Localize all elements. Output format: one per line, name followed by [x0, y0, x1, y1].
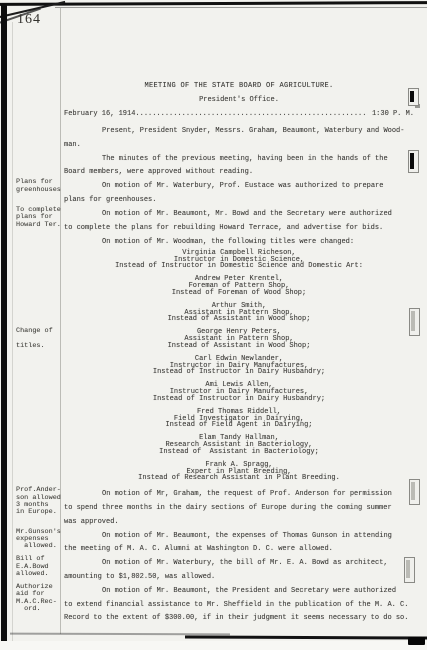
scan-bottom-strip — [0, 641, 427, 650]
title-change-entry: Arthur Smith,Assistant in Pattern Shop,I… — [64, 303, 414, 323]
scan-bottom-edge-dark — [185, 635, 427, 639]
text-line: Instead of Field Agent in Dairying; — [64, 422, 414, 429]
text-line: On motion of Mr. Waterbury, Prof. Eustac… — [64, 180, 414, 194]
date-text: February 16, 1914. — [64, 107, 140, 121]
margin-note: Mr.Gunson'sexpenses allowed. — [16, 529, 63, 551]
title-change-entry: Change of titles.George Henry Peters,Ass… — [64, 329, 414, 349]
margin-note: To completeplans forHoward Ter. — [16, 207, 63, 229]
text-line: plans for greenhouses. — [64, 194, 414, 208]
text-line: On motion of Mr. Woodman, the following … — [64, 236, 414, 250]
minute-paragraph: Plans forgreenhousesOn motion of Mr. Wat… — [64, 180, 414, 207]
title-change-entry: Andrew Peter Krentel,Foreman of Pattern … — [64, 276, 414, 296]
minute-paragraph: Mr.Gunson'sexpenses allowed.On motion of… — [64, 530, 414, 557]
text-line: Instead of Instructor in Domestic Scienc… — [64, 263, 414, 270]
text-line: On motion of Mr. Beaumont, the President… — [64, 585, 414, 599]
text-line: On motion of Mr. Waterbury, the bill of … — [64, 557, 414, 571]
page-number: 164 — [17, 12, 41, 28]
text-line: Instead of Research Assistant in Plant B… — [64, 475, 414, 482]
margin-note: Authorizeaid forM.A.C.Rec- ord. — [16, 584, 63, 613]
margin-note: Prof.Ander-son allowed3 monthsin Europe. — [16, 487, 63, 516]
text-line: On motion of Mr, Graham, the request of … — [64, 488, 414, 502]
text-line: Record to the extent of $300.00, if in t… — [64, 612, 414, 626]
text-line: Instead of Assistant in Bacteriology; — [64, 449, 414, 456]
minute-paragraph: The minutes of the previous meeting, hav… — [64, 153, 414, 180]
minute-paragraph: Prof.Ander-son allowed3 monthsin Europe.… — [64, 488, 414, 529]
text-line: Instead of Foreman of Wood Shop; — [64, 290, 414, 297]
title-change-entry: Fred Thomas Riddell,Field Investigator i… — [64, 409, 414, 429]
text-line: to complete the plans for rebuilding How… — [64, 222, 414, 236]
text-line: Present, President Snyder, Messrs. Graha… — [64, 125, 414, 139]
document-body: MEETING OF THE STATE BOARD OF AGRICULTUR… — [64, 79, 414, 626]
title-change-entry: Elam Tandy Hallman,Research Assistant in… — [64, 435, 414, 455]
minute-paragraph: Present, President Snyder, Messrs. Graha… — [64, 125, 414, 152]
text-line: Instead of Assistant in Wood Shop; — [64, 343, 414, 350]
text-line: was approved. — [64, 516, 414, 530]
text-line: amounting to $1,802.50, was allowed. — [64, 571, 414, 585]
title-change-entry: Carl Edwin Newlander,Instructor in Dairy… — [64, 356, 414, 376]
text-line: Instead of Instructor in Dairy Husbandry… — [64, 369, 414, 376]
document-subtitle: President's Office. — [64, 93, 414, 107]
text-line: Instead of Assistant in Wood shop; — [64, 316, 414, 323]
title-change-entry: Virginia Campbell Richeson,Instructor in… — [64, 250, 414, 270]
scanned-minutes-page: 164 MEETING OF THE STATE BOARD OF AGRICU… — [0, 0, 427, 650]
text-line: The minutes of the previous meeting, hav… — [64, 153, 414, 167]
scan-left-inner-line — [12, 22, 13, 642]
text-line: the meeting of M. A. C. Alumni at Washin… — [64, 543, 414, 557]
minute-paragraph: Bill ofE.A.Bowdallowed.On motion of Mr. … — [64, 557, 414, 584]
text-line: to extend financial assistance to Mr. Sh… — [64, 599, 414, 613]
scan-bottom-corner-blob — [408, 637, 425, 645]
leader-dots: ........................................… — [140, 107, 368, 121]
text-line: Board members, were approved without rea… — [64, 166, 414, 180]
scan-left-edge — [1, 4, 7, 650]
margin-note: Bill ofE.A.Bowdallowed. — [16, 556, 63, 578]
text-line: man. — [64, 139, 414, 153]
minute-paragraph: To completeplans forHoward Ter.On motion… — [64, 208, 414, 235]
text-line: Instead of Instructor in Dairy Husbandry… — [64, 396, 414, 403]
text-line: On motion of Mr. Beaumont, the expenses … — [64, 530, 414, 544]
minute-paragraph: On motion of Mr. Woodman, the following … — [64, 236, 414, 250]
minute-paragraph: Authorizeaid forM.A.C.Rec- ord.On motion… — [64, 585, 414, 626]
date-line: February 16, 1914.......................… — [64, 107, 414, 121]
title-change-entry: Ami Lewis Allen,Instructor in Dairy Manu… — [64, 382, 414, 402]
title-change-entry: Frank A. Spragg,Expert in Plant Breeding… — [64, 462, 414, 482]
time-text: 1:30 P. M. — [368, 107, 414, 121]
document-title: MEETING OF THE STATE BOARD OF AGRICULTUR… — [64, 79, 414, 93]
margin-note: Change of titles. — [16, 328, 63, 350]
text-line: to spend three months in the dairy secti… — [64, 502, 414, 516]
scan-top-edge-faint — [55, 7, 427, 8]
text-line: On motion of Mr. Beaumont, Mr. Bowd and … — [64, 208, 414, 222]
minutes-content: Present, President Snyder, Messrs. Graha… — [64, 125, 414, 626]
margin-note: Plans forgreenhouses — [16, 179, 63, 194]
